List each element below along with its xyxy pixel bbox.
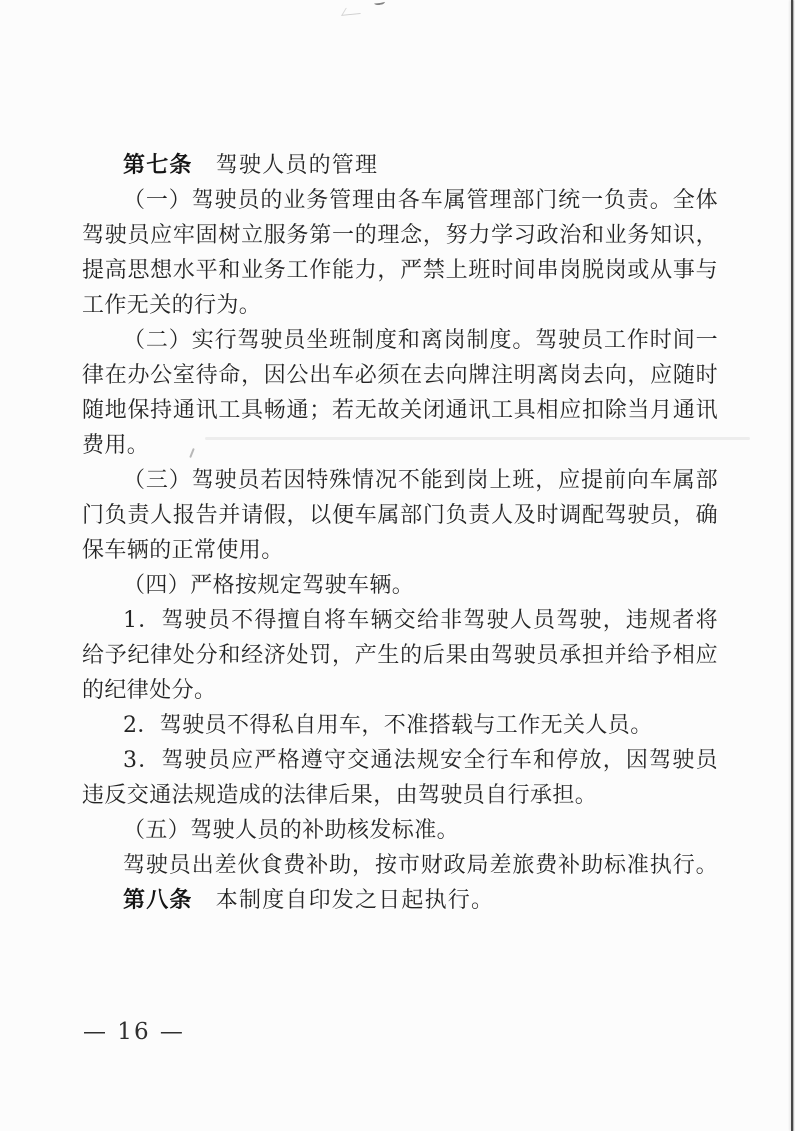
scanned-document-page: 第七条 驾驶人员的管理（一）驾驶员的业务管理由各车属管理部门统一负责。全体驾驶员… xyxy=(0,0,800,1131)
text-segment: （一）驾驶员的业务管理由各车属管理部门统一负责。全体 xyxy=(123,188,718,213)
text-segment: 提高思想水平和业务工作能力，严禁上班时间串岗脱岗或从事与 xyxy=(82,258,718,283)
page-number: — 16 — xyxy=(83,1019,185,1045)
scan-faint-mark-artifact xyxy=(341,6,365,16)
text-segment: 违反交通法规造成的法律后果，由驾驶员自行承担。 xyxy=(82,783,597,808)
text-segment: （二）实行驾驶员坐班制度和离岗制度。驾驶员工作时间一 xyxy=(123,328,718,353)
text-line: 律在办公室待命，因公出车必须在去向牌注明离岗去向，应随时 xyxy=(82,358,718,393)
text-segment: 门负责人报告并请假，以便车属部门负责人及时调配驾驶员，确 xyxy=(82,503,718,528)
article-heading-line: 第七条 驾驶人员的管理 xyxy=(82,148,718,183)
text-segment: 驾驶人员的管理 xyxy=(193,153,379,178)
text-line: 的纪律处分。 xyxy=(82,673,718,708)
text-segment: 随地保持通讯工具畅通；若无故关闭通讯工具相应扣除当月通讯 xyxy=(82,398,718,423)
text-line: （三）驾驶员若因特殊情况不能到岗上班，应提前向车属部 xyxy=(82,463,718,498)
text-line: 违反交通法规造成的法律后果，由驾驶员自行承担。 xyxy=(82,778,718,813)
text-line: （二）实行驾驶员坐班制度和离岗制度。驾驶员工作时间一 xyxy=(82,323,718,358)
scan-edge-line xyxy=(791,0,793,1131)
text-line: 1．驾驶员不得擅自将车辆交给非驾驶人员驾驶，违规者将 xyxy=(82,603,718,638)
text-segment: 本制度自印发之日起执行。 xyxy=(193,888,495,913)
text-segment: 1．驾驶员不得擅自将车辆交给非驾驶人员驾驶，违规者将 xyxy=(123,608,718,633)
text-segment: 费用。 xyxy=(82,433,149,458)
text-line: 门负责人报告并请假，以便车属部门负责人及时调配驾驶员，确 xyxy=(82,498,718,533)
text-segment: （四）严格按规定驾驶车辆。 xyxy=(123,573,414,598)
article-number-label: 第八条 xyxy=(123,887,193,913)
text-block: 第七条 驾驶人员的管理（一）驾驶员的业务管理由各车属管理部门统一负责。全体驾驶员… xyxy=(82,148,718,918)
text-line: 3．驾驶员应严格遵守交通法规安全行车和停放，因驾驶员 xyxy=(82,743,718,778)
text-segment: 给予纪律处分和经济处罚，产生的后果由驾驶员承担并给予相应 xyxy=(82,643,718,668)
text-line: 给予纪律处分和经济处罚，产生的后果由驾驶员承担并给予相应 xyxy=(82,638,718,673)
article-heading-line: 第八条 本制度自印发之日起执行。 xyxy=(82,883,718,918)
text-line: （一）驾驶员的业务管理由各车属管理部门统一负责。全体 xyxy=(82,183,718,218)
text-line: （四）严格按规定驾驶车辆。 xyxy=(82,568,718,603)
text-segment: 的纪律处分。 xyxy=(82,678,216,703)
text-segment: （五）驾驶人员的补助核发标准。 xyxy=(123,818,459,843)
text-line: （五）驾驶人员的补助核发标准。 xyxy=(82,813,718,848)
text-line: 驾驶员出差伙食费补助，按市财政局差旅费补助标准执行。 xyxy=(82,848,718,883)
text-line: 保车辆的正常使用。 xyxy=(82,533,718,568)
scan-speck-artifact xyxy=(374,0,386,6)
text-line: 2．驾驶员不得私自用车，不准搭载与工作无关人员。 xyxy=(82,708,718,743)
text-line: 提高思想水平和业务工作能力，严禁上班时间串岗脱岗或从事与 xyxy=(82,253,718,288)
text-segment: 工作无关的行为。 xyxy=(82,293,261,318)
text-line: 费用。 xyxy=(82,428,718,463)
text-segment: 驾驶员出差伙食费补助，按市财政局差旅费补助标准执行。 xyxy=(123,853,718,878)
text-segment: 保车辆的正常使用。 xyxy=(82,538,284,563)
text-segment: 驾驶员应牢固树立服务第一的理念，努力学习政治和业务知识， xyxy=(82,223,718,248)
text-segment: 3．驾驶员应严格遵守交通法规安全行车和停放，因驾驶员 xyxy=(123,748,718,773)
text-segment: 律在办公室待命，因公出车必须在去向牌注明离岗去向，应随时 xyxy=(82,363,718,388)
text-segment: 2．驾驶员不得私自用车，不准搭载与工作无关人员。 xyxy=(123,713,653,738)
text-line: 驾驶员应牢固树立服务第一的理念，努力学习政治和业务知识， xyxy=(82,218,718,253)
text-line: 工作无关的行为。 xyxy=(82,288,718,323)
article-number-label: 第七条 xyxy=(123,152,193,178)
text-segment: （三）驾驶员若因特殊情况不能到岗上班，应提前向车属部 xyxy=(123,468,718,493)
text-line: 随地保持通讯工具畅通；若无故关闭通讯工具相应扣除当月通讯 xyxy=(82,393,718,428)
